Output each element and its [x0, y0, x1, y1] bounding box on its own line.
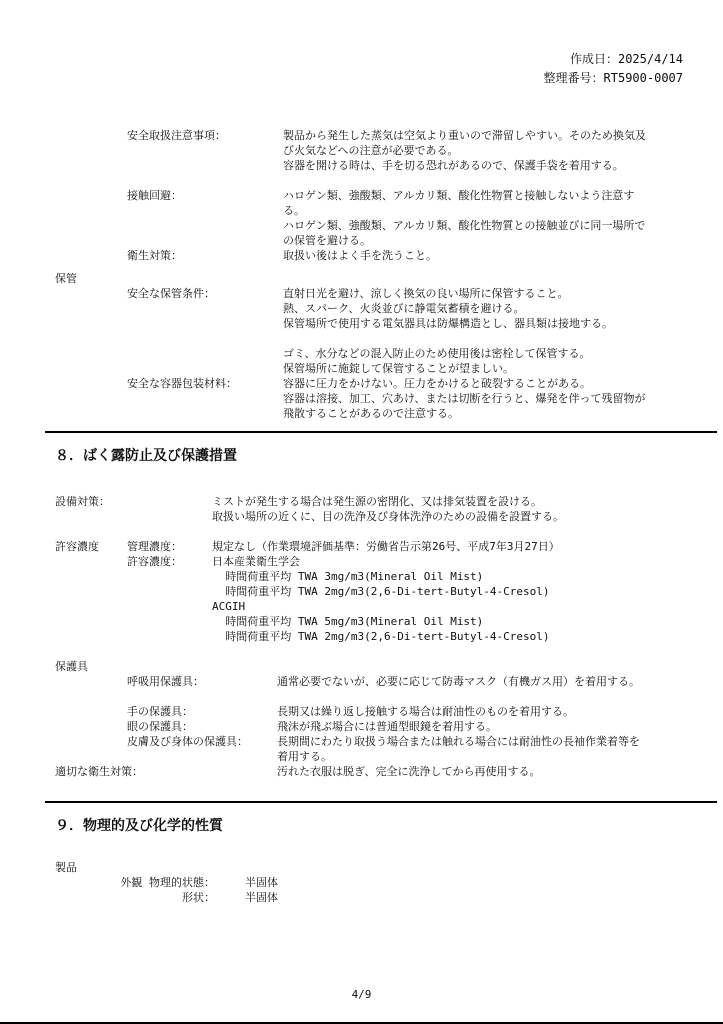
- row-text: 規定なし（作業環境評価基準：労働省告示第26号、平成7年3月27日）: [212, 539, 723, 554]
- safe-storage-conditions-row: 安全な保管条件： 直射日光を避け、涼しく換気の良い場所に保管すること。 熱、スパ…: [0, 286, 723, 376]
- row-text: 汚れた衣服は脱ぎ、完全に洗浄してから再使用する。: [277, 764, 723, 779]
- document-body: 安全取扱注意事項： 製品から発生した蒸気は空気より重いので滞留しやすい。そのため…: [0, 128, 723, 905]
- row-text: 日本産業衛生学会 時間荷重平均 TWA 3mg/m3(Mineral Oil M…: [212, 554, 723, 644]
- exposure-limit-group-label: 許容濃度: [55, 539, 127, 554]
- appropriate-hygiene-row: 適切な衛生対策： 汚れた衣服は脱ぎ、完全に洗浄してから再使用する。: [0, 764, 723, 779]
- row-label: 接触回避：: [127, 188, 283, 203]
- product-group-title: 製品: [55, 860, 723, 875]
- row-text: 取扱い後はよく手を洗うこと。: [283, 248, 723, 263]
- row-text: 製品から発生した蒸気は空気より重いので滞留しやすい。そのため換気及 び火気などへ…: [283, 128, 723, 173]
- section9-title: ９．物理的及び化学的性質: [55, 816, 723, 836]
- row-text: ハロゲン類、強酸類、アルカリ類、酸化性物質と接触しないよう注意す る。 ハロゲン…: [283, 188, 723, 248]
- section-divider: [45, 431, 717, 433]
- row-label: 安全な容器包装材料：: [127, 376, 283, 391]
- row-label: 皮膚及び身体の保護具：: [127, 734, 277, 749]
- eye-protection-row: 眼の保護具： 飛沫が飛ぶ場合には普通型眼鏡を着用する。: [0, 719, 723, 734]
- protective-equipment-group-title: 保護具: [55, 659, 723, 674]
- row-text: 飛沫が飛ぶ場合には普通型眼鏡を着用する。: [277, 719, 723, 734]
- row-text: 長期間にわたり取扱う場合または触れる場合には耐油性の長袖作業着等を 着用する。: [277, 734, 723, 764]
- row-label: 管理濃度：: [127, 539, 212, 554]
- row-text: 長期又は繰り返し接触する場合は耐油性のものを着用する。: [277, 704, 723, 719]
- row-label: 形状：: [115, 890, 215, 905]
- created-date: 作成日：2025/4/14: [0, 50, 683, 69]
- respiratory-protection-row: 呼吸用保護具： 通常必要でないが、必要に応じて防毒マスク（有機ガス用）を着用する…: [0, 674, 723, 689]
- row-text: 通常必要でないが、必要に応じて防毒マスク（有機ガス用）を着用する。: [277, 674, 723, 689]
- row-text: 容器に圧力をかけない。圧力をかけると破裂することがある。 容器は溶接、加工、穴あ…: [283, 376, 723, 421]
- form-row: 形状： 半固体: [0, 890, 723, 905]
- row-label: 衛生対策：: [127, 248, 283, 263]
- storage-group-title: 保管: [55, 271, 723, 286]
- row-label: 安全な保管条件：: [127, 286, 283, 301]
- row-label: 眼の保護具：: [127, 719, 277, 734]
- section-divider: [45, 801, 717, 803]
- row-value: 半固体: [245, 875, 723, 890]
- safe-packaging-materials-row: 安全な容器包装材料： 容器に圧力をかけない。圧力をかけると破裂することがある。 …: [0, 376, 723, 421]
- row-label: 安全取扱注意事項：: [127, 128, 283, 143]
- contact-avoidance-row: 接触回避： ハロゲン類、強酸類、アルカリ類、酸化性物質と接触しないよう注意す る…: [0, 188, 723, 248]
- hygiene-measures-row: 衛生対策： 取扱い後はよく手を洗うこと。: [0, 248, 723, 263]
- row-label: 適切な衛生対策：: [55, 764, 277, 779]
- row-label: 外観 物理的状態：: [115, 875, 215, 890]
- reference-number: 整理番号：RT5900-0007: [0, 69, 683, 88]
- handling-precautions-row: 安全取扱注意事項： 製品から発生した蒸気は空気より重いので滞留しやすい。そのため…: [0, 128, 723, 173]
- document-header: 作成日：2025/4/14 整理番号：RT5900-0007: [0, 0, 723, 88]
- sds-document-page: { "header": { "created": "作成日：2025/4/14"…: [0, 0, 723, 1024]
- row-text: ミストが発生する場合は発生源の密閉化、又は排気装置を設ける。 取扱い場所の近くに…: [212, 494, 723, 524]
- section8-title: ８．ばく露防止及び保護措置: [55, 446, 723, 466]
- control-concentration-row: 許容濃度 管理濃度： 規定なし（作業環境評価基準：労働省告示第26号、平成7年3…: [0, 539, 723, 554]
- row-label: 呼吸用保護具：: [127, 674, 277, 689]
- physical-state-row: 外観 物理的状態： 半固体: [0, 875, 723, 890]
- row-label: 設備対策：: [55, 494, 212, 509]
- page-number: 4/9: [0, 987, 723, 1002]
- row-label: 手の保護具：: [127, 704, 277, 719]
- equipment-measures-row: 設備対策： ミストが発生する場合は発生源の密閉化、又は排気装置を設ける。 取扱い…: [0, 494, 723, 524]
- row-label: 許容濃度：: [127, 554, 212, 569]
- permissible-concentration-row: 許容濃度： 日本産業衛生学会 時間荷重平均 TWA 3mg/m3(Mineral…: [0, 554, 723, 644]
- skin-body-protection-row: 皮膚及び身体の保護具： 長期間にわたり取扱う場合または触れる場合には耐油性の長袖…: [0, 734, 723, 764]
- hand-protection-row: 手の保護具： 長期又は繰り返し接触する場合は耐油性のものを着用する。: [0, 704, 723, 719]
- row-value: 半固体: [245, 890, 723, 905]
- row-text: 直射日光を避け、涼しく換気の良い場所に保管すること。 熱、スパーク、火炎並びに静…: [283, 286, 723, 376]
